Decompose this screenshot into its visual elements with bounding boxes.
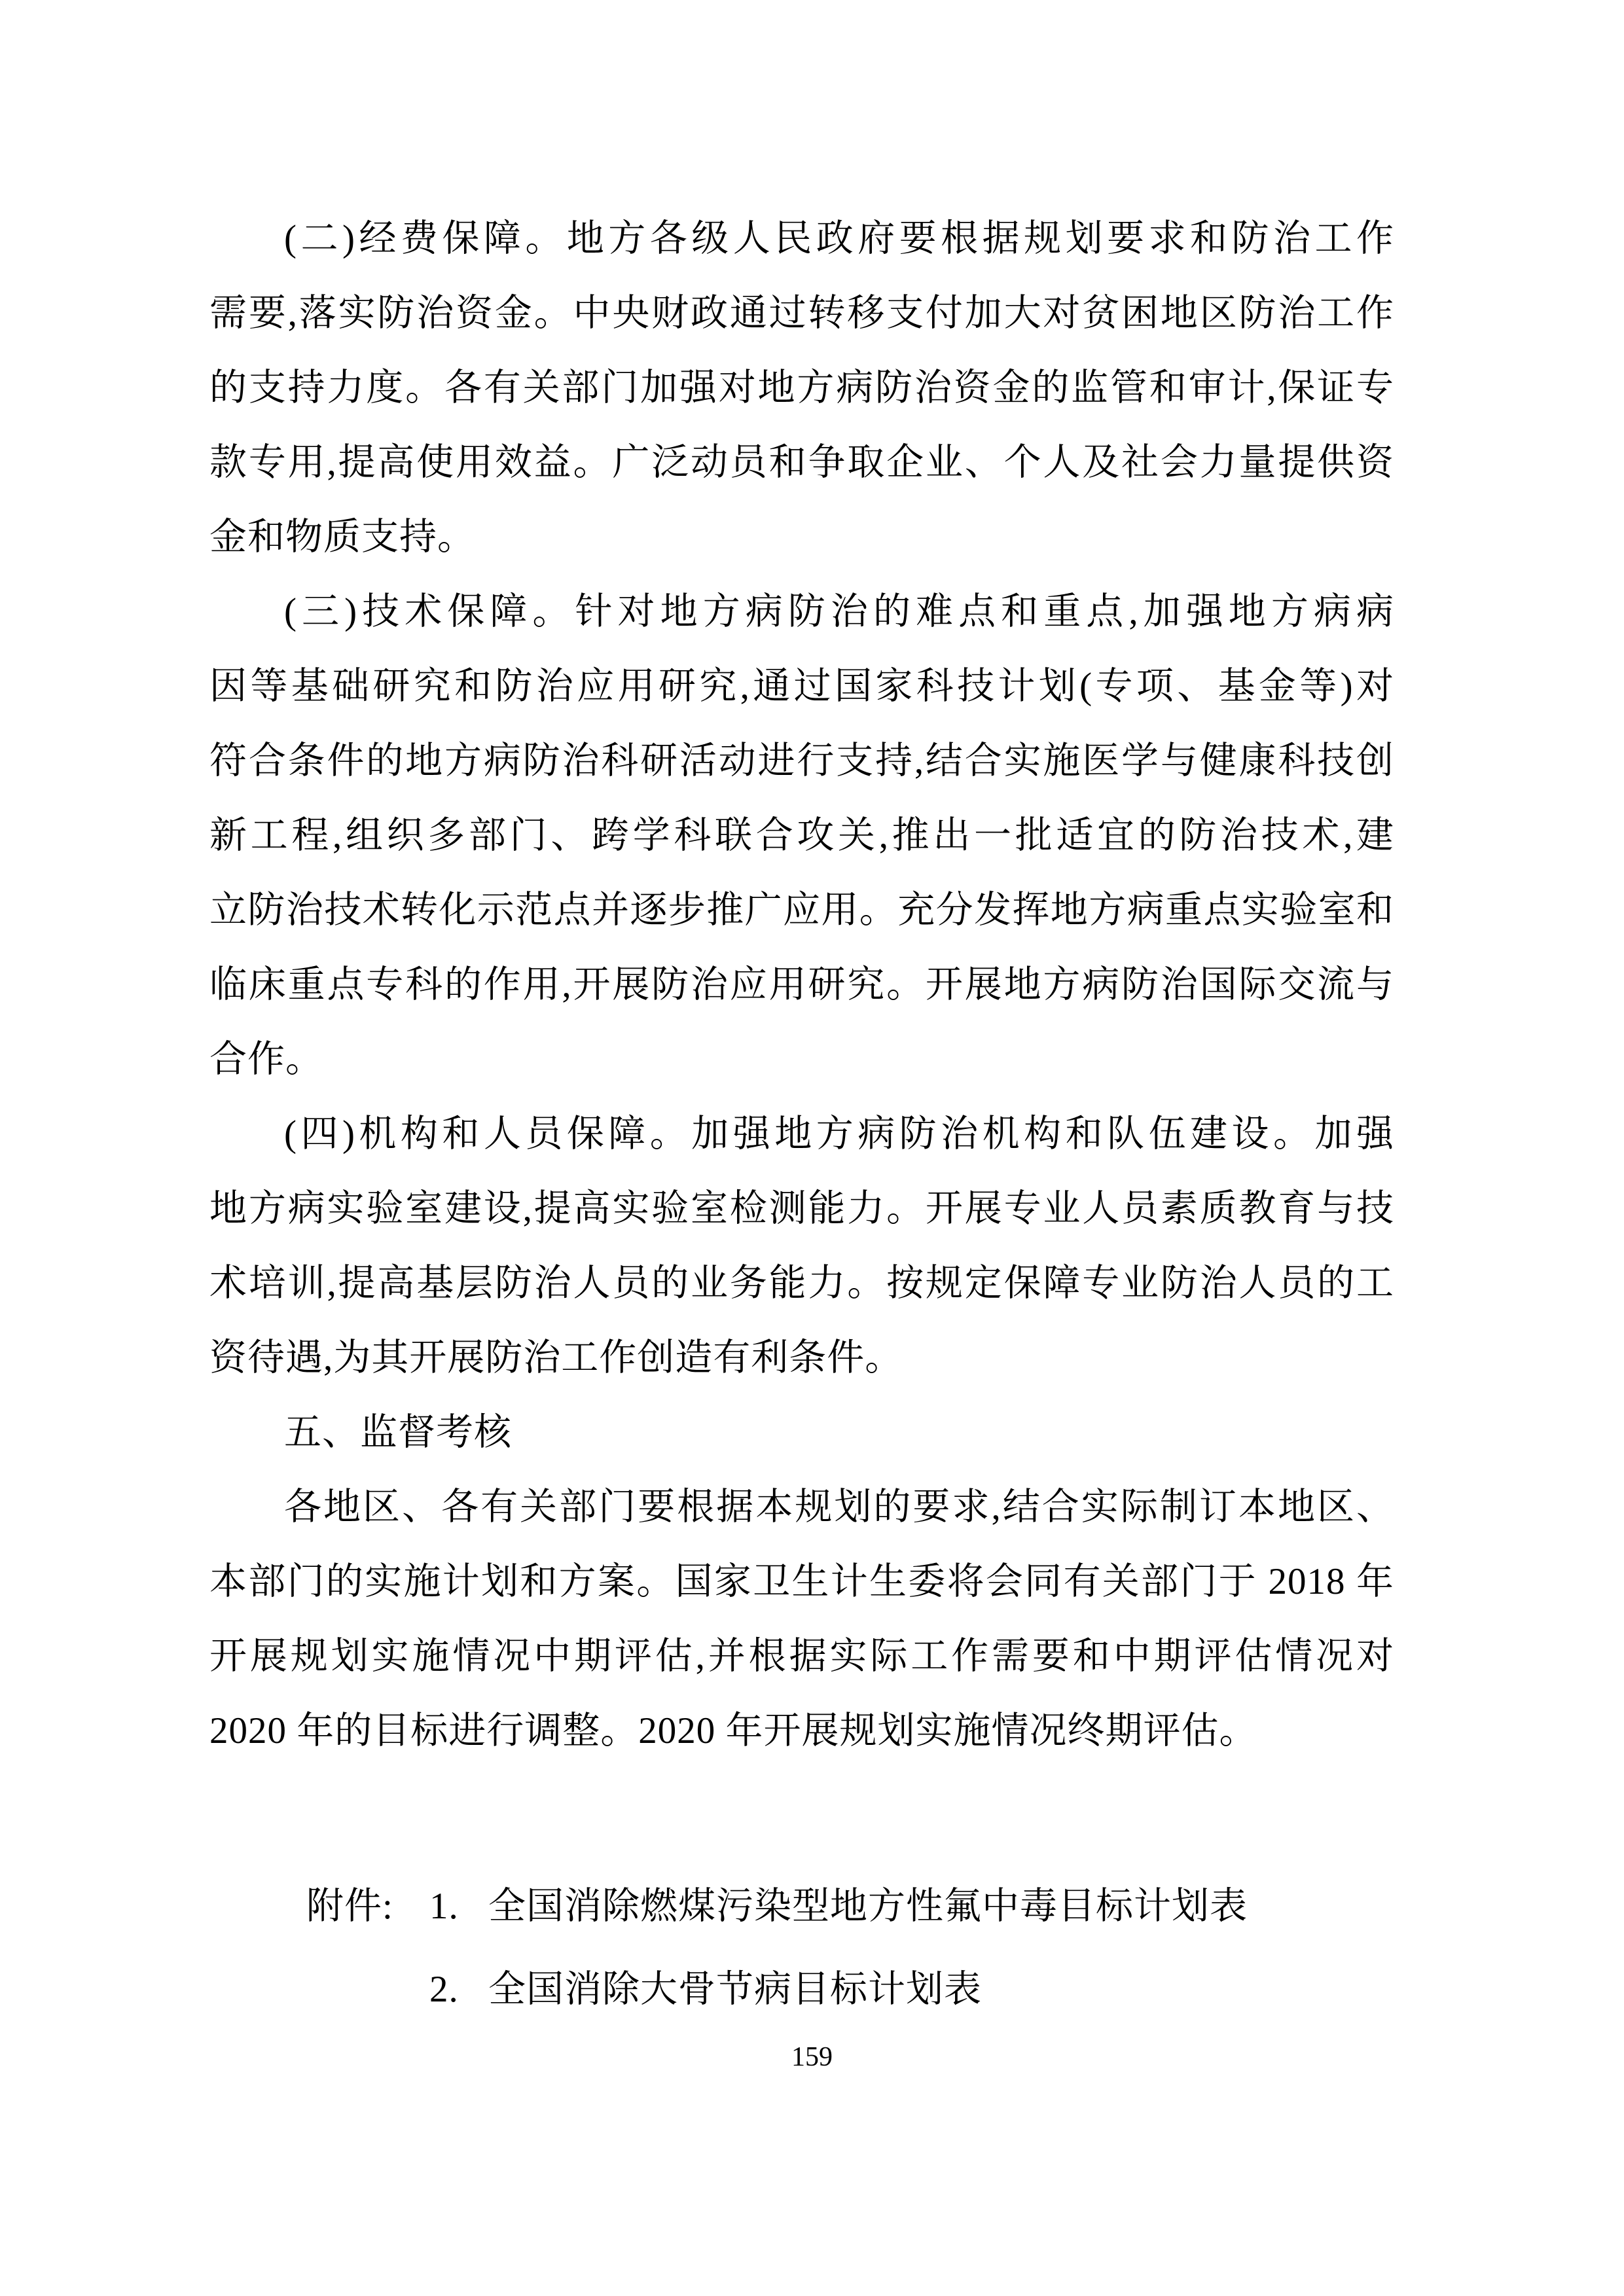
body-line: 地方病实验室建设,提高实验室检测能力。开展专业人员素质教育与技 [209, 1172, 1394, 1246]
body-line: 新工程,组织多部门、跨学科联合攻关,推出一批适宜的防治技术,建 [209, 798, 1394, 873]
page-number: 159 [0, 2041, 1624, 2073]
attachments-label-spacer [306, 1948, 429, 2031]
body-line: 因等基础研究和防治应用研究,通过国家科技计划(专项、基金等)对 [209, 649, 1394, 724]
body-line: 五、监督考核 [209, 1395, 1394, 1470]
body-line: 立防治技术转化示范点并逐步推广应用。充分发挥地方病重点实验室和 [209, 873, 1394, 948]
body-line: 各地区、各有关部门要根据本规划的要求,结合实际制订本地区、 [209, 1470, 1394, 1545]
body-line: 需要,落实防治资金。中央财政通过转移支付加大对贫困地区防治工作 [209, 276, 1394, 351]
attachment-number: 1. [429, 1865, 488, 1948]
attachment-title: 全国消除大骨节病目标计划表 [488, 1948, 1394, 2031]
body-line: 2020 年的目标进行调整。2020 年开展规划实施情况终期评估。 [209, 1694, 1394, 1768]
attachment-title: 全国消除燃煤污染型地方性氟中毒目标计划表 [488, 1865, 1394, 1948]
body-line: 的支持力度。各有关部门加强对地方病防治资金的监管和审计,保证专 [209, 351, 1394, 425]
body-line: 合作。 [209, 1022, 1394, 1097]
attachments-section: 附件: 1. 全国消除燃煤污染型地方性氟中毒目标计划表 2. 全国消除大骨节病目… [209, 1865, 1394, 2031]
body-line: (二)经费保障。地方各级人民政府要根据规划要求和防治工作 [209, 202, 1394, 276]
body-line: 本部门的实施计划和方案。国家卫生计生委将会同有关部门于 2018 年 [209, 1545, 1394, 1619]
body-line: 款专用,提高使用效益。广泛动员和争取企业、个人及社会力量提供资 [209, 425, 1394, 500]
body-line: 资待遇,为其开展防治工作创造有利条件。 [209, 1321, 1394, 1395]
attachment-item: 2. 全国消除大骨节病目标计划表 [306, 1948, 1394, 2031]
attachment-number: 2. [429, 1948, 488, 2031]
body-line: (三)技术保障。针对地方病防治的难点和重点,加强地方病病 [209, 575, 1394, 649]
document-page: (二)经费保障。地方各级人民政府要根据规划要求和防治工作需要,落实防治资金。中央… [0, 0, 1624, 2296]
body-line: 术培训,提高基层防治人员的业务能力。按规定保障专业防治人员的工 [209, 1246, 1394, 1321]
body-line: 临床重点专科的作用,开展防治应用研究。开展地方病防治国际交流与 [209, 948, 1394, 1022]
body-line: 开展规划实施情况中期评估,并根据实际工作需要和中期评估情况对 [209, 1619, 1394, 1694]
attachment-item: 附件: 1. 全国消除燃煤污染型地方性氟中毒目标计划表 [306, 1865, 1394, 1948]
body-line: (四)机构和人员保障。加强地方病防治机构和队伍建设。加强 [209, 1097, 1394, 1172]
body-line: 金和物质支持。 [209, 500, 1394, 575]
document-body: (二)经费保障。地方各级人民政府要根据规划要求和防治工作需要,落实防治资金。中央… [209, 202, 1394, 1768]
body-line: 符合条件的地方病防治科研活动进行支持,结合实施医学与健康科技创 [209, 724, 1394, 798]
attachments-label: 附件: [306, 1865, 429, 1948]
